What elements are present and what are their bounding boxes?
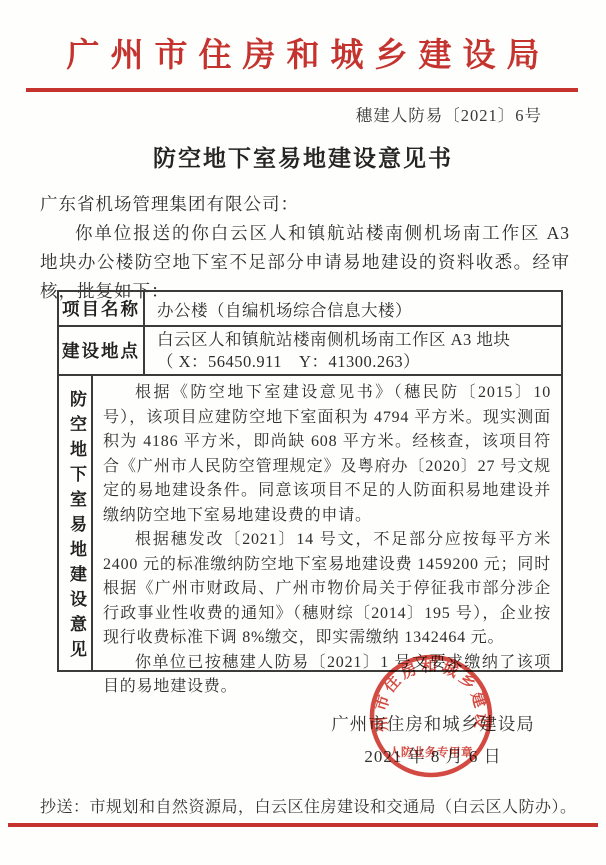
opinion-paragraph-2: 根据穗发改〔2021〕14 号文，不足部分应按每平方米 2400 元的标准缴纳防… [103, 528, 551, 651]
project-name-value: 办公楼（自编机场综合信息大楼） [145, 292, 561, 325]
document-page: 广州市住房和城乡建设局 穗建人防易〔2021〕6号 防空地下室易地建设意见书 广… [0, 0, 606, 865]
opinion-paragraph-3: 你单位已按穗建人防易〔2021〕1 号文要求缴纳了该项目的易地建设费。 [103, 651, 551, 700]
intro-block: 广东省机场管理集团有限公司： 你单位报送的你白云区人和镇航站楼南侧机场南工作区 … [40, 190, 570, 306]
cc-distribution-line: 抄送：市规划和自然资源局，白云区住房建设和交通局（白云区人防办）。 [40, 794, 580, 817]
salutation: 广东省机场管理集团有限公司： [40, 190, 570, 219]
location-coordinates: （ X：56450.911 Y：41300.263） [157, 351, 420, 373]
doc-title: 防空地下室易地建设意见书 [0, 140, 606, 173]
opinion-content: 根据《防空地下室建设意见书》（穗民防〔2015〕10 号），该项目应建防空地下室… [93, 376, 561, 670]
table-row-location: 建设地点 白云区人和镇航站楼南侧机场南工作区 A3 地块 （ X：56450.9… [59, 327, 561, 376]
info-table: 项目名称 办公楼（自编机场综合信息大楼） 建设地点 白云区人和镇航站楼南侧机场南… [57, 290, 563, 672]
signature-date: 2021 年 8 月 6 日 [326, 745, 540, 769]
location-value: 白云区人和镇航站楼南侧机场南工作区 A3 地块 （ X：56450.911 Y：… [145, 327, 561, 374]
signature-block: 广州市住房和城乡建设局 2021 年 8 月 6 日 [326, 712, 540, 769]
table-row-opinion: 防空地下室易地建设意见 根据《防空地下室建设意见书》（穗民防〔2015〕10 号… [59, 376, 561, 670]
location-line1: 白云区人和镇航站楼南侧机场南工作区 A3 地块 [157, 329, 510, 351]
location-label: 建设地点 [59, 327, 145, 374]
opinion-column-label: 防空地下室易地建设意见 [59, 376, 93, 670]
footer-rule [8, 823, 598, 827]
doc-reference-number: 穗建人防易〔2021〕6号 [356, 102, 542, 126]
agency-letterhead: 广州市住房和城乡建设局 [0, 29, 606, 76]
letterhead-divider-rule [26, 88, 578, 92]
opinion-paragraph-1: 根据《防空地下室建设意见书》（穗民防〔2015〕10 号），该项目应建防空地下室… [103, 381, 551, 528]
project-name-label: 项目名称 [59, 292, 145, 325]
table-row-project-name: 项目名称 办公楼（自编机场综合信息大楼） [59, 292, 561, 327]
signature-agency: 广州市住房和城乡建设局 [326, 712, 540, 736]
